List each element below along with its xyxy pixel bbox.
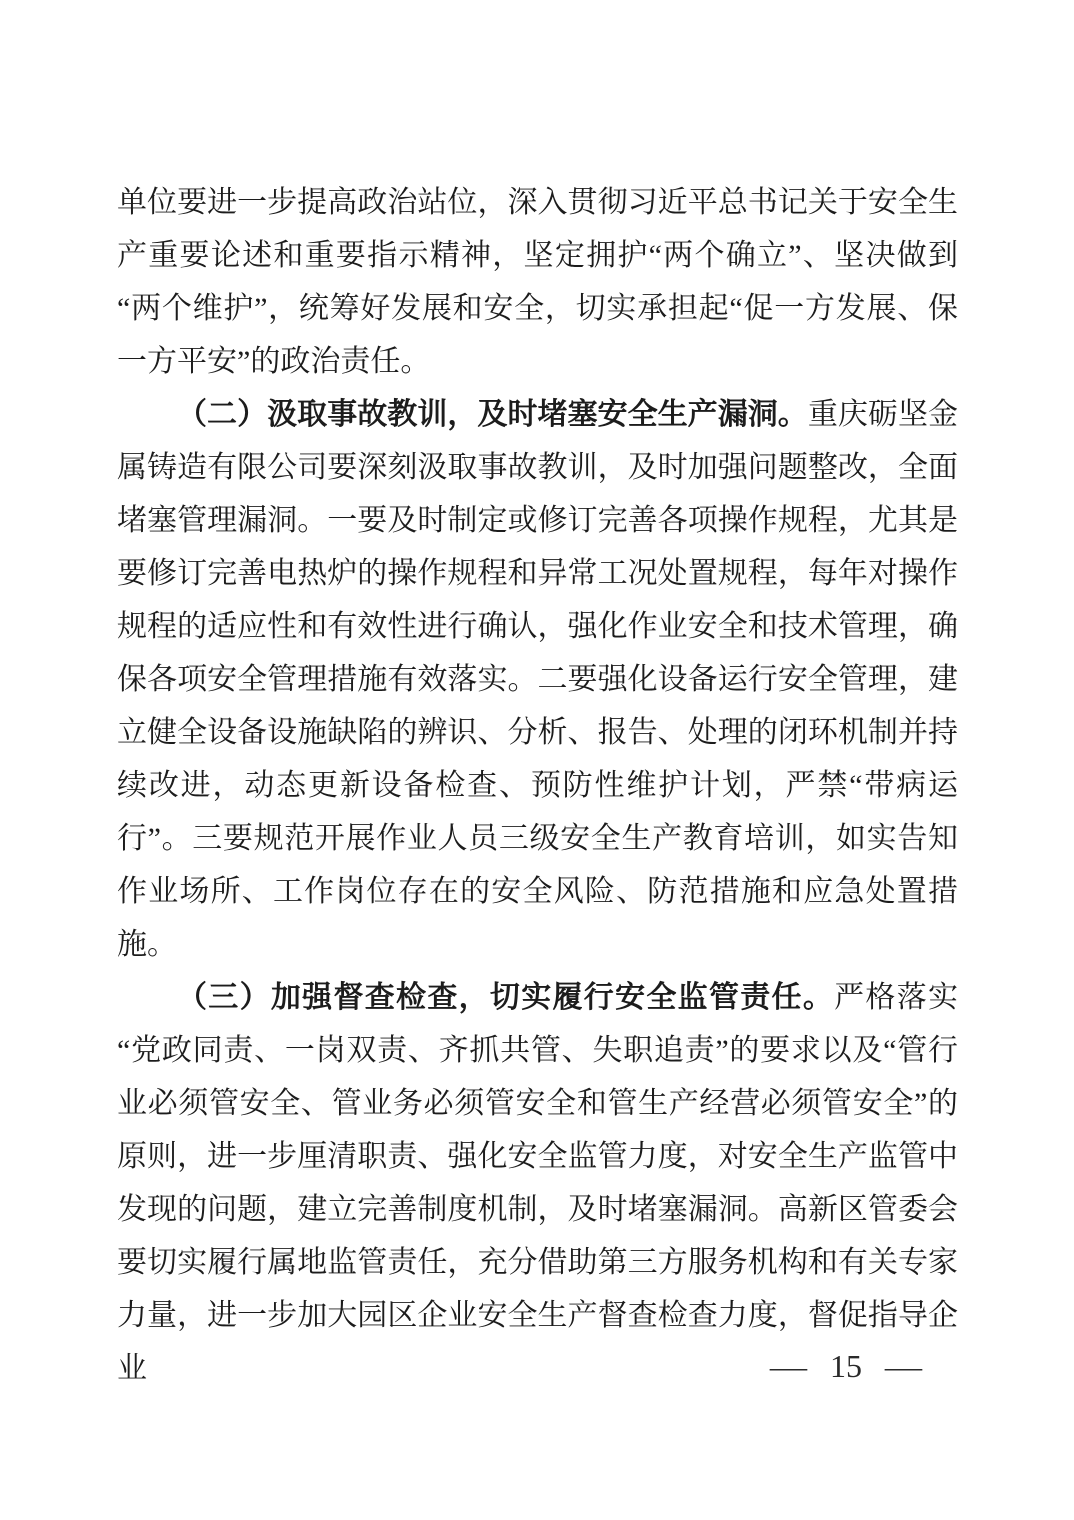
- document-page: 单位要进一步提高政治站位，深入贯彻习近平总书记关于安全生产重要论述和重要指示精神…: [0, 0, 1074, 1520]
- paragraph-section-2-heading: （二）汲取事故教训，及时堵塞安全生产漏洞。: [177, 398, 808, 431]
- paragraph-continuation: 单位要进一步提高政治站位，深入贯彻习近平总书记关于安全生产重要论述和重要指示精神…: [117, 176, 958, 388]
- paragraph-section-2-text: 重庆砺坚金属铸造有限公司要深刻汲取事故教训，及时加强问题整改，全面堵塞管理漏洞。…: [117, 398, 958, 961]
- page-footer: — 15 —: [773, 1348, 919, 1385]
- paragraph-section-2: （二）汲取事故教训，及时堵塞安全生产漏洞。重庆砺坚金属铸造有限公司要深刻汲取事故…: [117, 388, 958, 971]
- paragraph-section-3: （三）加强督查检查，切实履行安全监管责任。严格落实“党政同责、一岗双责、齐抓共管…: [117, 971, 958, 1395]
- page-number-dash-right: —: [885, 1349, 922, 1385]
- page-number: 15: [830, 1348, 862, 1385]
- paragraph-continuation-text: 单位要进一步提高政治站位，深入贯彻习近平总书记关于安全生产重要论述和重要指示精神…: [117, 186, 958, 378]
- document-body: 单位要进一步提高政治站位，深入贯彻习近平总书记关于安全生产重要论述和重要指示精神…: [117, 176, 958, 1395]
- paragraph-section-3-text: 严格落实“党政同责、一岗双责、齐抓共管、失职追责”的要求以及“管行业必须管安全、…: [117, 981, 958, 1385]
- paragraph-section-3-heading: （三）加强督查检查，切实履行安全监管责任。: [177, 981, 834, 1014]
- page-number-dash-left: —: [770, 1349, 807, 1385]
